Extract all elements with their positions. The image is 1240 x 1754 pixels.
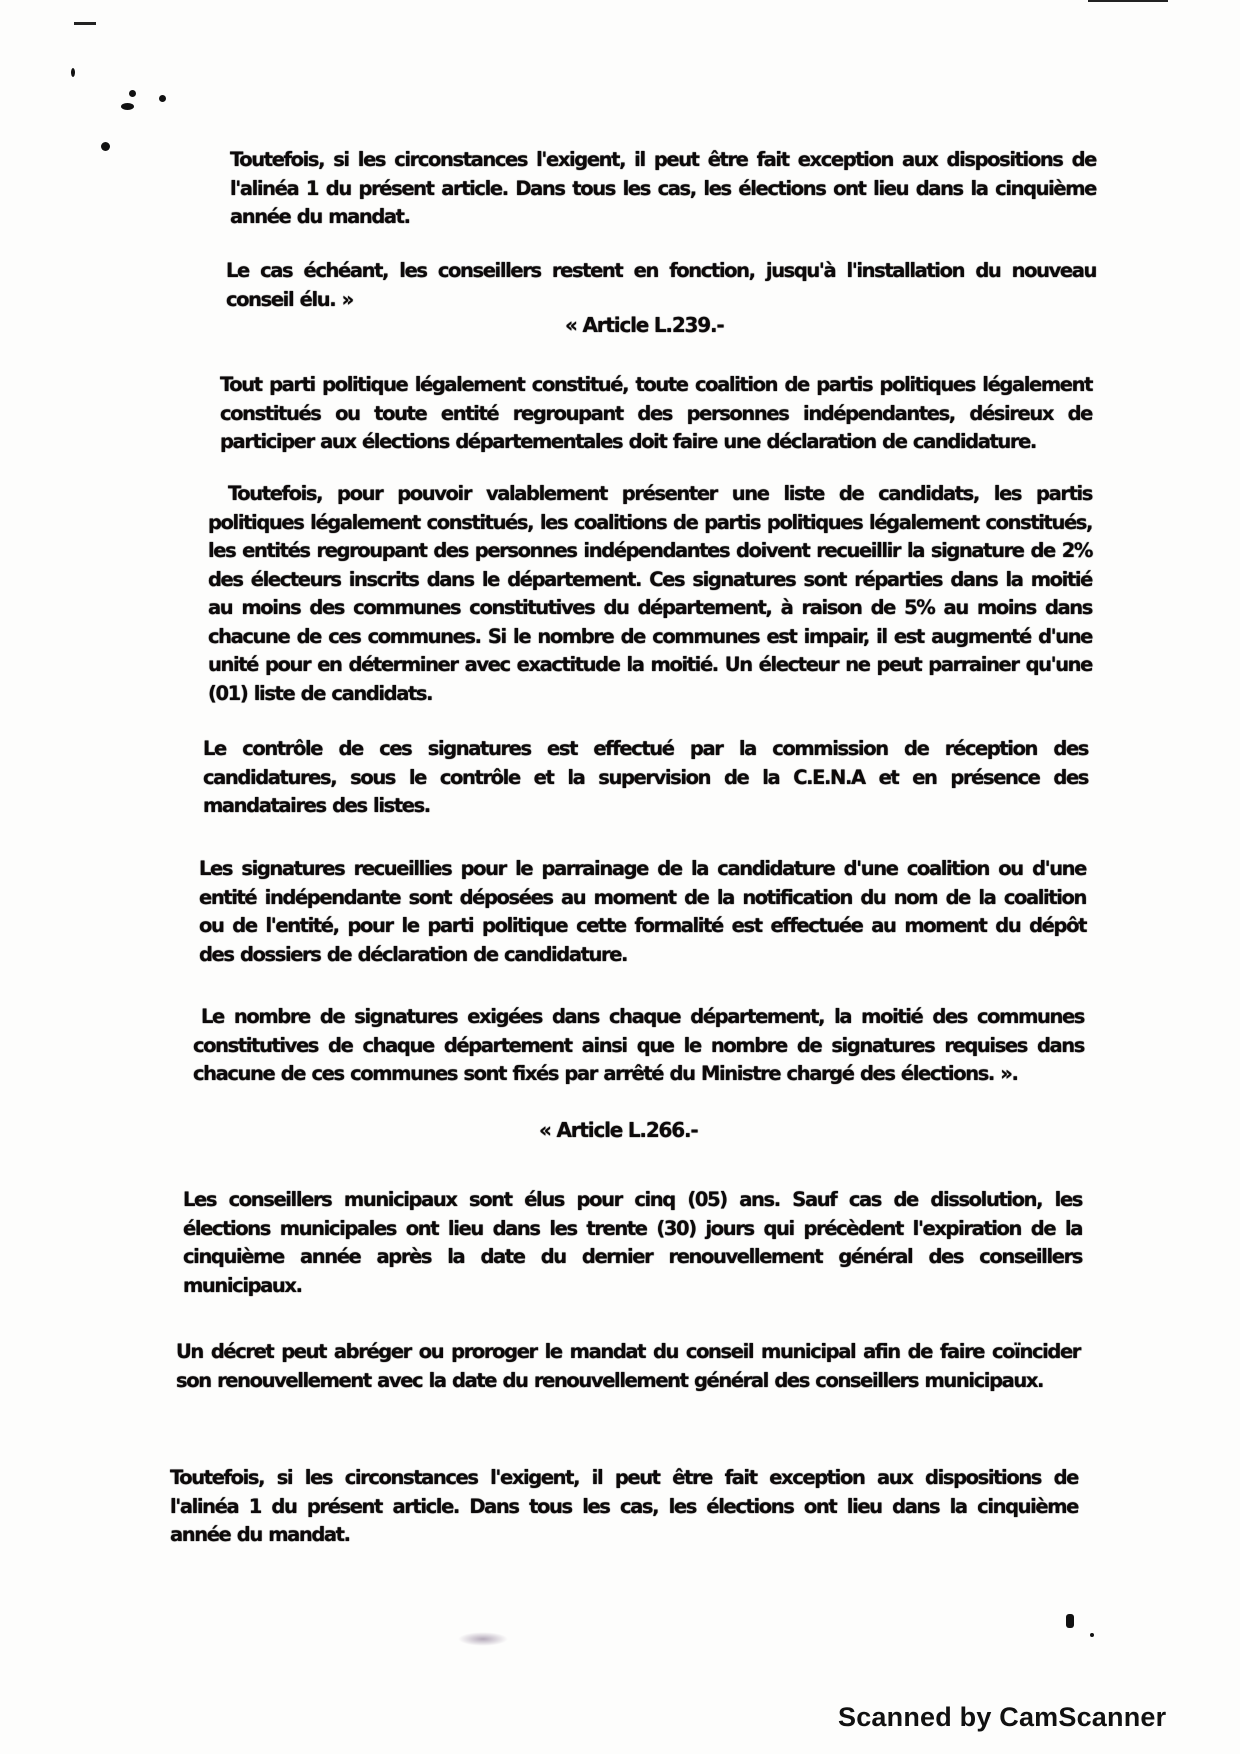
scanned-page: Toutefois, si les circonstances l'exigen…	[0, 0, 1240, 1754]
paragraph: Les conseillers municipaux sont élus pou…	[183, 1186, 1082, 1300]
camscanner-watermark: Scanned by CamScanner	[838, 1702, 1166, 1733]
article-heading: « Article L.266.-	[539, 1118, 697, 1142]
paragraph: Toutefois, si les circonstances l'exigen…	[170, 1464, 1078, 1550]
scan-smudge	[458, 1632, 508, 1646]
scan-speck	[71, 68, 75, 77]
paragraph: Tout parti politique légalement constitu…	[220, 371, 1092, 457]
scan-mark	[74, 22, 96, 25]
scan-mark	[1088, 0, 1168, 2]
scan-speck	[121, 103, 134, 110]
scan-speck	[1066, 1614, 1074, 1628]
paragraph: Le contrôle de ces signatures est effect…	[203, 735, 1088, 821]
scan-speck	[129, 90, 136, 97]
scan-speck	[159, 95, 166, 102]
paragraph: Le cas échéant, les conseillers restent …	[226, 257, 1096, 314]
paragraph: Les signatures recueillies pour le parra…	[199, 855, 1086, 969]
scan-speck	[1090, 1633, 1094, 1637]
paragraph: Le nombre de signatures exigées dans cha…	[193, 1003, 1084, 1089]
paragraph: Un décret peut abréger ou proroger le ma…	[176, 1338, 1080, 1395]
article-heading: « Article L.239.-	[565, 313, 723, 337]
paragraph: Toutefois, pour pouvoir valablement prés…	[208, 480, 1092, 708]
paragraph: Toutefois, si les circonstances l'exigen…	[230, 146, 1096, 232]
scan-speck	[101, 142, 110, 151]
